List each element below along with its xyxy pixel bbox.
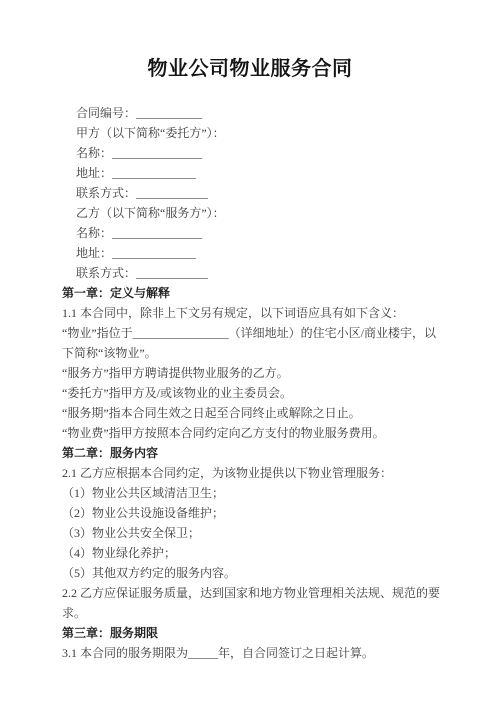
service-item-3: （3）物业公共安全保卫； (62, 523, 442, 543)
clause-3-1: 3.1 本合同的服务期限为_____年，自合同签订之日起计算。 (62, 643, 442, 663)
chapter-1-heading: 第一章：定义与解释 (62, 283, 442, 303)
party-b-contact-line: 联系方式：____________ (62, 263, 442, 283)
party-b-name-line: 名称：_______________ (62, 223, 442, 243)
contract-document: 物业公司物业服务合同 合同编号：___________ 甲方（以下简称“委托方”… (0, 0, 500, 707)
definition-entrusting-party: “委托方”指甲方及/或该物业的业主委员会。 (62, 383, 442, 403)
party-a-line: 甲方（以下简称“委托方”）： (62, 123, 442, 143)
definition-service-provider: “服务方”指甲方聘请提供物业服务的乙方。 (62, 363, 442, 383)
document-body: 合同编号：___________ 甲方（以下简称“委托方”）： 名称：_____… (0, 103, 500, 663)
contract-number-line: 合同编号：___________ (62, 103, 442, 123)
chapter-3-heading: 第三章：服务期限 (62, 623, 442, 643)
clause-1-1: 1.1 本合同中，除非上下文另有规定，以下词语应具有如下含义： (62, 303, 442, 323)
party-b-line: 乙方（以下简称“服务方”）： (62, 203, 442, 223)
service-item-2: （2）物业公共设施设备维护； (62, 503, 442, 523)
definition-property: “物业”指位于________________（详细地址）的住宅小区/商业楼宇，… (62, 323, 442, 363)
chapter-2-heading: 第二章：服务内容 (62, 443, 442, 463)
party-b-address-line: 地址：______________ (62, 243, 442, 263)
service-item-1: （1）物业公共区域清洁卫生； (62, 483, 442, 503)
definition-service-period: “服务期”指本合同生效之日起至合同终止或解除之日止。 (62, 403, 442, 423)
party-a-contact-line: 联系方式：____________ (62, 183, 442, 203)
party-a-name-line: 名称：_______________ (62, 143, 442, 163)
clause-2-2: 2.2 乙方应保证服务质量，达到国家和地方物业管理相关法规、规范的要求。 (62, 583, 442, 623)
service-item-4: （4）物业绿化养护； (62, 543, 442, 563)
definition-property-fee: “物业费”指甲方按照本合同约定向乙方支付的物业服务费用。 (62, 423, 442, 443)
clause-2-1: 2.1 乙方应根据本合同约定，为该物业提供以下物业管理服务： (62, 463, 442, 483)
document-title: 物业公司物业服务合同 (0, 54, 500, 84)
party-a-address-line: 地址：______________ (62, 163, 442, 183)
service-item-5: （5）其他双方约定的服务内容。 (62, 563, 442, 583)
